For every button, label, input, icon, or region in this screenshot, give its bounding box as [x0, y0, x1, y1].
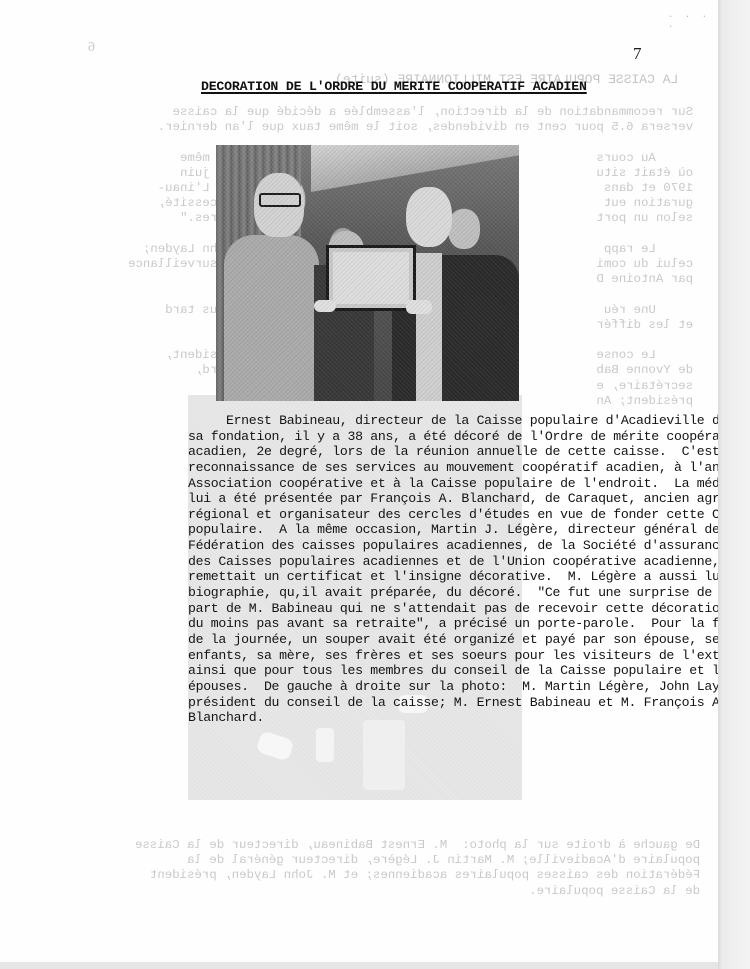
article-line: du moins pas avant sa retraite", a préci…	[188, 616, 698, 632]
page-number: 7	[633, 44, 642, 64]
article-line: populaire. A la même occasion, Martin J.…	[188, 522, 698, 538]
article-body: Ernest Babineau, directeur de la Caisse …	[188, 413, 698, 726]
article-line: régional et organisateur des cercles d'é…	[188, 507, 698, 523]
article-line: ainsi que pour tous les membres du conse…	[188, 663, 698, 679]
ceremony-photo	[216, 145, 519, 401]
article-line: lui a été présentée par François A. Blan…	[188, 491, 698, 507]
article-line: président du conseil de la caisse; M. Er…	[188, 695, 698, 711]
article-line: remettait un certificat et l'insigne déc…	[188, 569, 698, 585]
article-line: biographie, qu,il avait préparée, du déc…	[188, 585, 698, 601]
bleed-through-lower-text: De gauche à droite sur la photo: M. Erne…	[135, 838, 700, 899]
page-bottom-edge	[0, 962, 718, 969]
article-line: reconnaissance de ses services au mouvem…	[188, 460, 698, 476]
scan-specks: · · · ·	[668, 12, 718, 32]
article-line: sa fondation, il y a 38 ans, a été décor…	[188, 429, 698, 445]
article-line: des Caisses populaires acadiennes et de …	[188, 554, 698, 570]
article-line: enfants, sa mère, ses frères et ses soeu…	[188, 648, 698, 664]
article-line: de la journée, un souper avait été organ…	[188, 632, 698, 648]
article-line: Blanchard.	[188, 710, 698, 726]
article-line: Ernest Babineau, directeur de la Caisse …	[188, 413, 698, 429]
page-edge-shadow	[718, 0, 750, 969]
bleed-through-page-number: 6	[88, 40, 95, 56]
article-line: acadien, 2e degré, lors de la réunion an…	[188, 444, 698, 460]
article-line: Fédération des caisses populaires acadie…	[188, 538, 698, 554]
article-line: part de M. Babineau qui ne s'attendait p…	[188, 601, 698, 617]
page-title: DECORATION DE L'ORDRE DU MERITE COOPERAT…	[201, 79, 587, 94]
document-page: 6 LA CAISSE POPULAIRE EST MILLIONNAIRE (…	[0, 0, 718, 969]
article-line: Association coopérative et à la Caisse p…	[188, 476, 698, 492]
article-line: épouses. De gauche à droite sur la photo…	[188, 679, 698, 695]
